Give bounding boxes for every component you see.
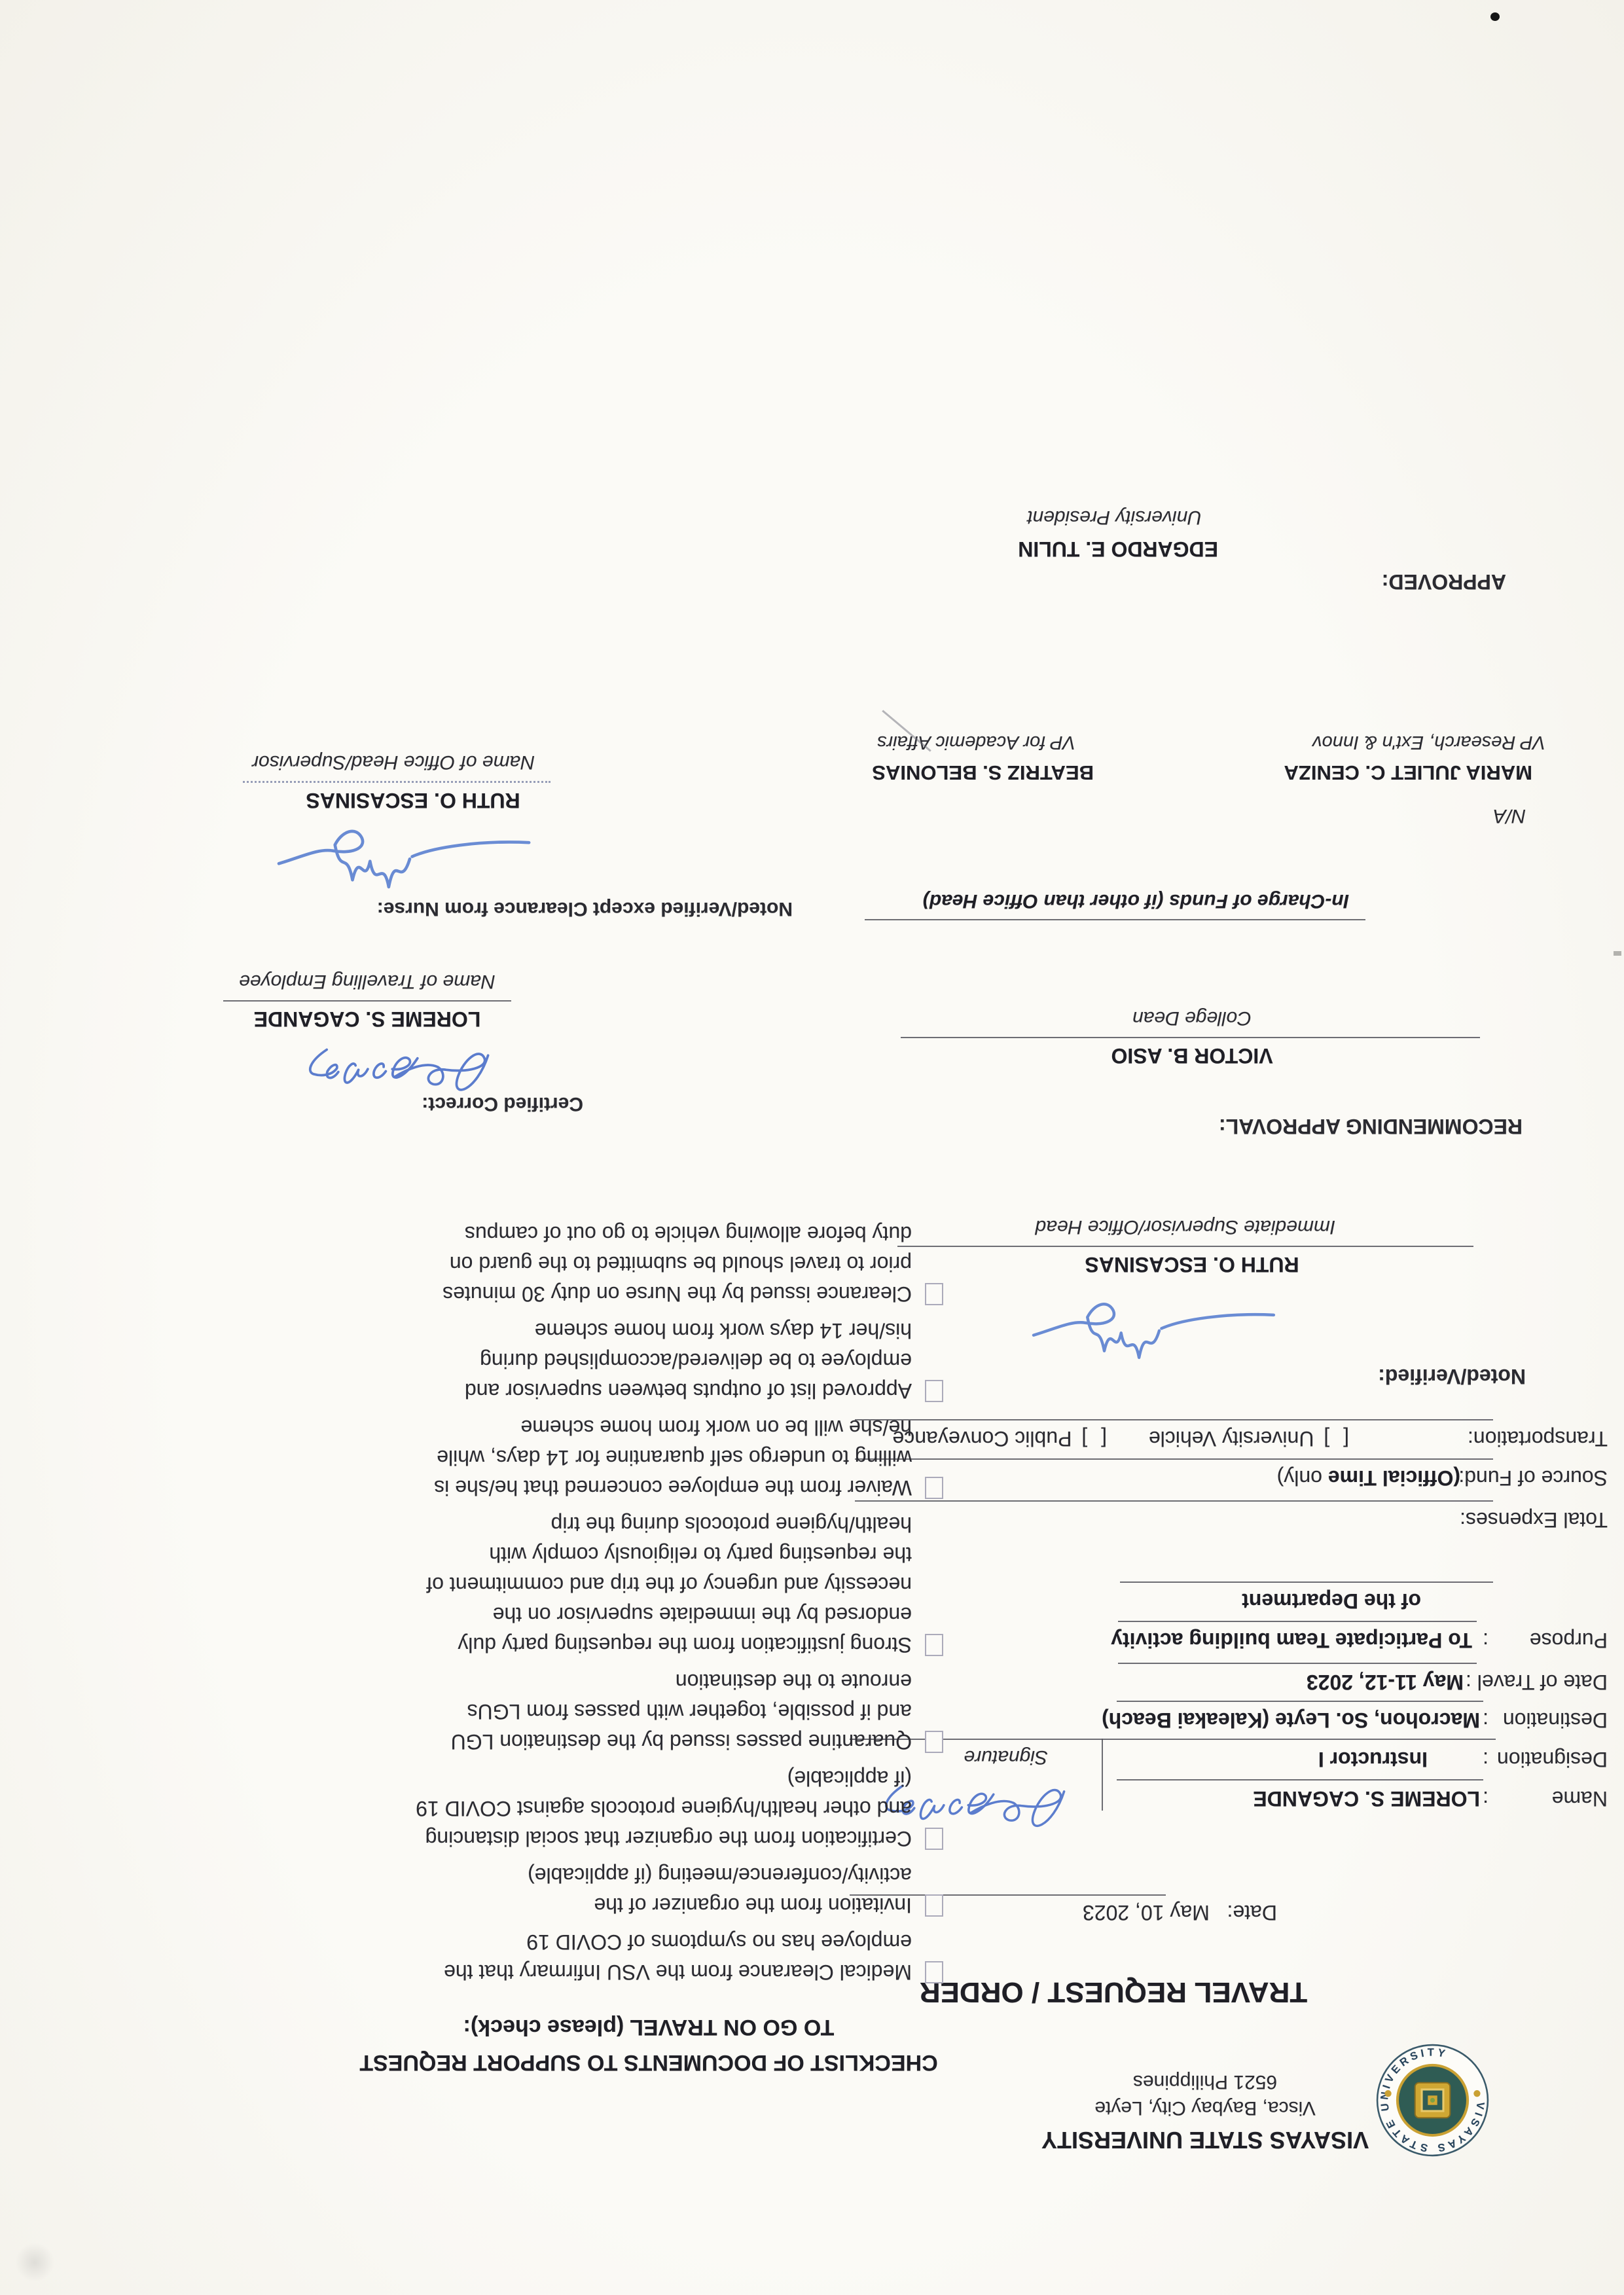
vp-research-name: MARIA JULIET C. CENIZA xyxy=(1284,761,1532,784)
purpose-value: To Participate Team building activity xyxy=(1111,1628,1472,1652)
checklist-item-text: Waiver from the employee concerned that … xyxy=(414,1413,912,1503)
purpose-underline xyxy=(1118,1621,1477,1622)
recommending-name: VICTOR B. ASIO xyxy=(1022,1042,1362,1070)
destination-underline xyxy=(1117,1701,1483,1702)
transportation-label: Transportation: xyxy=(1468,1426,1608,1451)
name-underline xyxy=(1117,1779,1483,1780)
signature-escasinas-2 xyxy=(269,822,550,903)
purpose-underline2 xyxy=(1120,1581,1493,1583)
checkbox-icon xyxy=(925,1634,943,1656)
approved-label: APPROVED: xyxy=(1382,568,1506,596)
name-colon: : xyxy=(1483,1786,1489,1811)
date-value: May 10, 2023 xyxy=(1083,1901,1210,1925)
noted-verified-name: RUTH O. ESCASINAS xyxy=(1022,1251,1362,1278)
checklist-item-text: Certification from the organizer that so… xyxy=(414,1763,912,1854)
cagande-signature-icon xyxy=(282,1034,498,1109)
total-expenses-label: Total Expenses: xyxy=(1460,1508,1608,1532)
scan-corner-smudge xyxy=(15,2243,54,2282)
checklist-item-text: Invitation from the organizer of the act… xyxy=(414,1860,912,1921)
checkbox-icon xyxy=(925,1380,943,1402)
source-of-fund-value-bold: (Official Time xyxy=(1328,1466,1460,1490)
recommending-underline xyxy=(901,1037,1480,1038)
date-label: Date: xyxy=(1227,1901,1277,1925)
checkbox-brackets-icon: [ ] xyxy=(1077,1427,1107,1451)
university-address-line2: 6521 Philippines xyxy=(1015,2069,1395,2095)
checkbox-brackets-icon: [ ] xyxy=(1320,1427,1349,1451)
source-of-fund-value: (Official Time only) xyxy=(1277,1466,1460,1490)
checklist-item: Quarantine passes issued by the destinat… xyxy=(354,1667,943,1757)
scan-speck xyxy=(1490,12,1500,21)
noted-except-underline xyxy=(243,781,550,783)
scanned-page: VISAYAS STATE UNIVERSITY VISAYAS STATE U… xyxy=(0,0,1624,2295)
purpose-colon: : xyxy=(1483,1628,1489,1652)
checkbox-icon xyxy=(925,1283,943,1305)
noted-except-caption: Name of Office Head/Supervisor xyxy=(210,749,577,775)
approved-caption: University President xyxy=(1027,504,1202,530)
checklist-item: Waiver from the employee concerned that … xyxy=(354,1413,943,1503)
purpose-label: Purpose xyxy=(1530,1628,1608,1652)
checkbox-icon xyxy=(925,1828,943,1850)
approved-name: EDGARDO E. TULIN xyxy=(1018,535,1218,563)
signature-cell-divider xyxy=(1102,1739,1103,1811)
designation-colon: : xyxy=(1483,1747,1489,1771)
checklist-item: Medical Clearance from the VSU Infirmary… xyxy=(354,1927,943,1987)
vp-academic-name: BEATRIZ S. BELONIAS xyxy=(872,761,1094,784)
transportation-underline xyxy=(855,1419,1493,1420)
checklist-item-text: Approved list of outputs between supervi… xyxy=(414,1316,912,1406)
noted-verified-underline xyxy=(897,1246,1473,1247)
name-value: LOREME S. CAGANDE xyxy=(1253,1786,1480,1811)
university-address-line1: Visca, Baybay City, Leyte xyxy=(1015,2095,1395,2121)
checklist: Medical Clearance from the VSU Infirmary… xyxy=(354,1212,943,1987)
checklist-item: Clearance issued by the Nurse on duty 30… xyxy=(354,1219,943,1309)
recommending-caption: College Dean xyxy=(1022,1005,1362,1031)
date-of-travel-underline xyxy=(1118,1663,1477,1664)
noted-except-name: RUTH O. ESCASINAS xyxy=(249,787,577,814)
vp-academic-caption: VP for Academic Affairs xyxy=(877,731,1075,753)
noted-verified-caption: Immediate Supervisor/Office Head xyxy=(969,1214,1401,1240)
designation-underline xyxy=(850,1739,1496,1740)
checkbox-icon xyxy=(925,1961,943,1983)
checklist-item-text: Strong justification from the requesting… xyxy=(414,1509,912,1660)
checklist-item: Strong justification from the requesting… xyxy=(354,1509,943,1660)
checklist-title-line2: TO GO ON TRAVEL (please check): xyxy=(354,2014,943,2040)
purpose-value-line2: of the Department xyxy=(1242,1589,1421,1613)
vp-research-caption: VP Research, Ext'n & Innov xyxy=(1312,731,1545,753)
checklist-item-text: Quarantine passes issued by the destinat… xyxy=(414,1667,912,1757)
signature-caption: Signature xyxy=(964,1744,1048,1770)
document-title: TRAVEL REQUEST / ORDER xyxy=(917,1976,1310,2008)
checklist-item-text: Clearance issued by the Nurse on duty 30… xyxy=(414,1219,912,1309)
escasinas-signature-icon xyxy=(269,822,550,903)
checkbox-icon xyxy=(925,1894,943,1917)
signature-escasinas xyxy=(1022,1295,1297,1373)
in-charge-caption: In-Charge of Funds (if other than Office… xyxy=(923,888,1349,914)
recommending-approval-label: RECOMMENDING APPROVAL: xyxy=(1219,1113,1523,1140)
checkbox-icon xyxy=(925,1731,943,1753)
checklist-item-text: Medical Clearance from the VSU Infirmary… xyxy=(414,1927,912,1987)
scan-edge-mark xyxy=(1614,951,1621,956)
source-of-fund-value-rest: only) xyxy=(1277,1466,1328,1490)
destination-colon: : xyxy=(1483,1708,1489,1732)
designation-value: Instructor I xyxy=(1318,1747,1428,1771)
date-of-travel-value: May 11-12, 2023 xyxy=(1307,1670,1464,1694)
destination-label: Destination xyxy=(1503,1708,1608,1732)
in-charge-underline xyxy=(865,919,1365,920)
travel-request-document: VISAYAS STATE UNIVERSITY VISAYAS STATE U… xyxy=(0,0,1624,2295)
designation-label: Designation xyxy=(1497,1747,1608,1771)
checkbox-icon xyxy=(925,1477,943,1499)
noted-verified-label: Noted/Verified: xyxy=(1378,1363,1526,1390)
destination-value: Macrohon, So. Leyte (Kaleakai Beach) xyxy=(1102,1708,1480,1732)
date-of-travel-label: Date of Travel : xyxy=(1466,1670,1608,1694)
transportation-option-label: University Vehicle xyxy=(1149,1427,1314,1451)
checklist-title-line1: CHECKLIST OF DOCUMENTS TO SUPPORT REQUES… xyxy=(354,2050,943,2075)
university-name: VISAYAS STATE UNIVERSITY xyxy=(1015,2126,1395,2154)
signature-cagande-2 xyxy=(282,1034,498,1109)
in-charge-na-value: N/A xyxy=(1493,803,1526,829)
source-of-fund-underline xyxy=(855,1458,1493,1460)
certified-caption: Name of Travelling Employee xyxy=(210,968,524,994)
date-field: Date: May 10, 2023 xyxy=(1083,1900,1277,1925)
total-expenses-underline xyxy=(855,1500,1493,1502)
checklist-item: Invitation from the organizer of the act… xyxy=(354,1860,943,1921)
checklist-item: Certification from the organizer that so… xyxy=(354,1763,943,1854)
letterhead: VISAYAS STATE UNIVERSITY Visca, Baybay C… xyxy=(1015,2069,1395,2154)
escasinas-signature-icon xyxy=(1022,1295,1297,1373)
name-label: Name xyxy=(1552,1786,1608,1811)
certified-underline xyxy=(223,1000,511,1002)
transportation-option-university-vehicle: [ ] University Vehicle xyxy=(1149,1426,1349,1451)
source-of-fund-label: Source of Fund: xyxy=(1458,1466,1608,1490)
checklist-item: Approved list of outputs between supervi… xyxy=(354,1316,943,1406)
certified-name: LOREME S. CAGANDE xyxy=(210,1005,524,1033)
